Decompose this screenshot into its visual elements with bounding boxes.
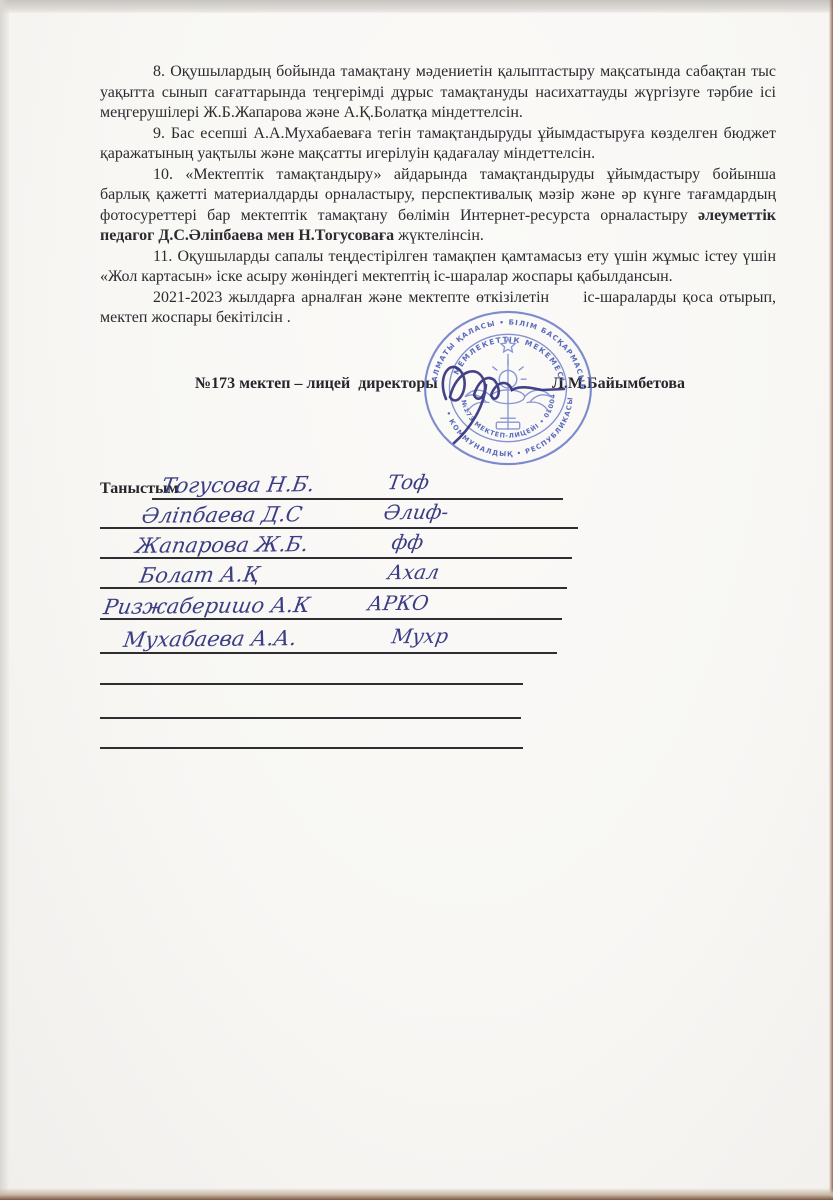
handwritten-name: Әліпбаева Д.С [140, 502, 304, 528]
handwritten-signature: Тоф [386, 470, 431, 494]
handwritten-signature: Ахал [386, 560, 441, 585]
handwritten-name: Жапарова Ж.Б. [134, 532, 310, 558]
photo-background: 8. Оқушылардың бойында тамақтану мәдение… [0, 0, 833, 1200]
paragraph-10: 10. «Мектептік тамақтандыру» айдарында т… [100, 165, 776, 247]
handwritten-signature: Әлиф- [382, 500, 451, 525]
signature-line [100, 557, 572, 559]
empty-signature-line [100, 747, 523, 749]
document-page: 8. Оқушылардың бойында тамақтану мәдение… [9, 12, 829, 1190]
handwritten-name: Мухабаева А.А. [122, 626, 299, 652]
paragraph-11: 11. Оқушыларды сапалы теңдестірілген там… [100, 247, 776, 288]
signature-line [100, 652, 557, 654]
handwritten-name: Болат А.Қ [138, 562, 262, 587]
paragraph-8: 8. Оқушылардың бойында тамақтану мәдение… [100, 62, 776, 124]
signature-line [100, 587, 567, 589]
photo-edge-bottom [0, 1188, 833, 1200]
photo-edge-left [0, 0, 9, 1200]
empty-signature-line [100, 717, 521, 719]
handwritten-name: Тогусова Н.Б. [160, 472, 317, 498]
director-ink-signature [428, 345, 578, 447]
director-title: №173 мектеп – лицей директоры [195, 375, 438, 393]
signature-line [100, 618, 562, 620]
photo-edge-top [0, 0, 833, 14]
paragraph-10-tail: жүктелінсін. [394, 227, 484, 244]
signature-line [152, 498, 563, 500]
signature-line [100, 527, 578, 529]
empty-signature-line [100, 683, 523, 685]
photo-edge-right [829, 0, 833, 1200]
handwritten-signature: Мухр [390, 624, 450, 649]
order-text-block: 8. Оқушылардың бойында тамақтану мәдение… [100, 62, 776, 329]
paragraph-12-part1: 2021-2023 жылдарға арналған және мектепт… [153, 289, 549, 306]
handwritten-signature: АРКО [366, 591, 431, 616]
handwritten-name: Ризжаберишо А.К [102, 593, 312, 619]
director-signature-row: №173 мектеп – лицей директоры Л.М.Байымб… [9, 375, 829, 397]
paragraph-10-text: 10. «Мектептік тамақтандыру» айдарында т… [100, 166, 776, 224]
handwritten-signature: фф [390, 530, 425, 554]
paragraph-9: 9. Бас есепші А.А.Мухабаеваға тегін тама… [100, 124, 776, 165]
scanned-document-photo: { "document": { "p8": "8. Оқушылардың бо… [0, 0, 833, 1200]
